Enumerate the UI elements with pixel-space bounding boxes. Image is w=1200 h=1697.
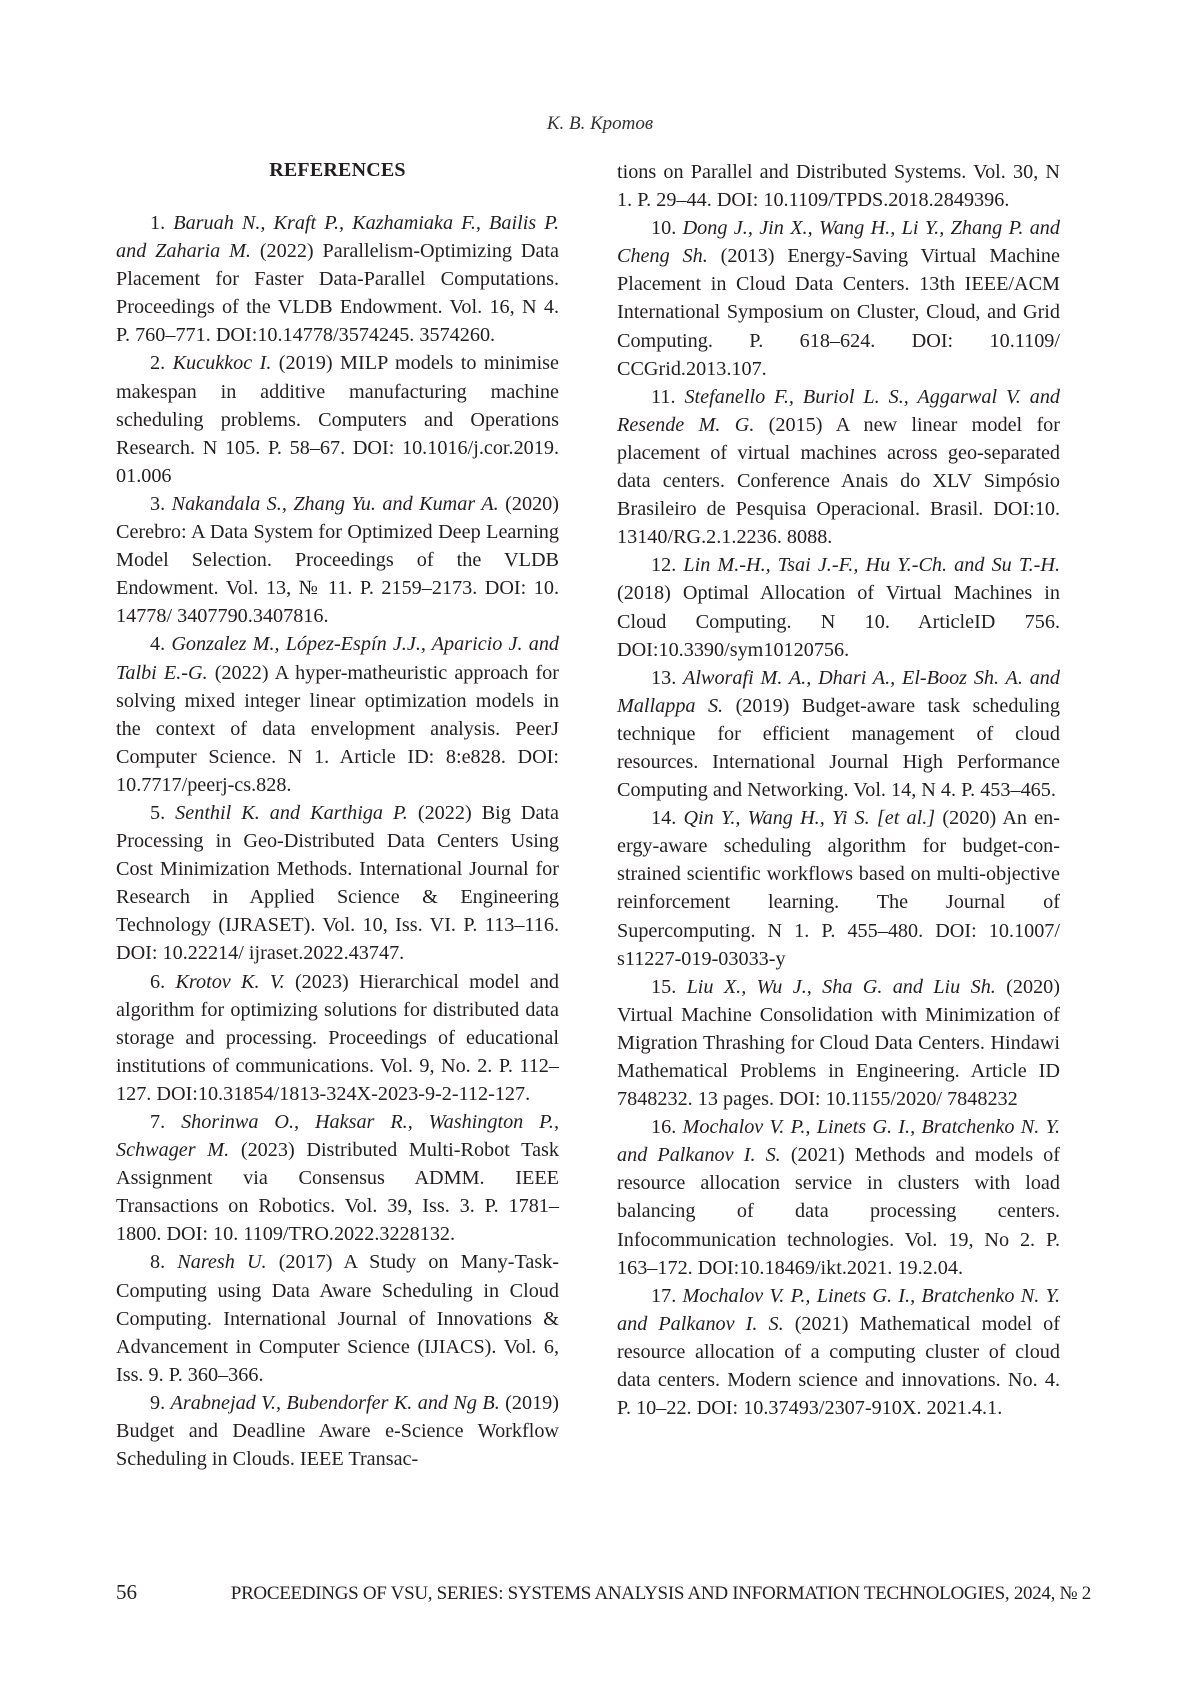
reference-item-2: 2. Kucukkoc I. (2019) MILP models to min… [116,349,559,489]
reference-item-10: 10. Dong J., Jin X., Wang H., Li Y., Zha… [617,214,1060,383]
reference-number: 1. [150,212,165,234]
reference-authors: Krotov K. V. [175,971,284,993]
reference-number: 4. [150,633,165,655]
reference-number: 10. [651,217,676,239]
reference-number: 14. [651,807,676,829]
reference-number: 12. [651,554,676,576]
page-footer: 56 PROCEEDINGS OF VSU, SERIES: SYSTEMS A… [116,1580,1091,1605]
reference-number: 9. [150,1392,165,1414]
reference-body: (2020) An en­ergy-aware scheduling algor… [617,807,1060,969]
reference-authors: Arabnejad V., Bubendorfer K. and Ng B. [171,1392,500,1414]
reference-body: (2022) Big Data Processing in Geo-Distri… [116,802,559,964]
reference-authors: Lin M.-H., Tsai J.-F., Hu Y.-Ch. and Su … [683,554,1060,576]
reference-item-8: 8. Naresh U. (2017) A Study on Many-Task… [116,1248,559,1388]
reference-number: 16. [651,1116,676,1138]
reference-number: 11. [651,386,676,408]
reference-item-9: 9. Arabnejad V., Bubendorfer K. and Ng B… [116,1389,559,1473]
reference-item-4: 4. Gonzalez M., López-Espín J.J., Aparic… [116,630,559,799]
reference-number: 17. [651,1285,676,1307]
reference-authors: Qin Y., Wang H., Yi S. [et al.] [683,807,935,829]
reference-authors: Naresh U. [177,1251,266,1273]
reference-item-16: 16. Mochalov V. P., Linets G. I., Bratch… [617,1113,1060,1282]
running-head-author: К. В. Кротов [0,113,1200,135]
reference-item-12: 12. Lin M.-H., Tsai J.-F., Hu Y.-Ch. and… [617,551,1060,663]
reference-authors: Senthil K. and Karthiga P. [175,802,408,824]
references-heading: REFERENCES [116,156,559,184]
reference-item-13: 13. Alworafi M. A., Dhari A., El-Booz Sh… [617,664,1060,804]
reference-item-6: 6. Krotov K. V. (2023) Hierarchical mode… [116,968,559,1108]
reference-number: 5. [150,802,165,824]
reference-item-15: 15. Liu X., Wu J., Sha G. and Liu Sh. (2… [617,973,1060,1113]
reference-number: 7. [150,1111,165,1133]
reference-number: 2. [150,352,165,374]
reference-item-17: 17. Mochalov V. P., Linets G. I., Bratch… [617,1282,1060,1422]
right-column: tions on Parallel and Distributed System… [617,158,1060,1422]
reference-item-11: 11. Stefanello F., Buriol L. S., Aggarwa… [617,383,1060,552]
reference-item-14: 14. Qin Y., Wang H., Yi S. [et al.] (202… [617,804,1060,973]
reference-item-1: 1. Baruah N., Kraft P., Kazhamiaka F., B… [116,209,559,349]
reference-number: 8. [150,1251,165,1273]
reference-number: 3. [150,493,165,515]
page-number: 56 [116,1580,176,1605]
reference-item-9-continuation: tions on Parallel and Distributed System… [617,158,1060,214]
reference-item-3: 3. Nakandala S., Zhang Yu. and Kumar A. … [116,490,559,630]
journal-title: PROCEEDINGS OF VSU, SERIES: SYSTEMS ANAL… [176,1583,1091,1605]
reference-number: 13. [651,667,676,689]
reference-authors: Kucukkoc I. [173,352,272,374]
reference-body: (2018) Optimal Allocation of Virtual Mac… [617,582,1060,660]
reference-authors: Nakandala S., Zhang Yu. and Kumar A. [172,493,499,515]
reference-authors: Liu X., Wu J., Sha G. and Liu Sh. [687,976,996,998]
left-column: REFERENCES 1. Baruah N., Kraft P., Kazha… [116,156,559,1473]
reference-number: 15. [651,976,676,998]
reference-item-7: 7. Shorinwa O., Haksar R., Washington P.… [116,1108,559,1248]
reference-number: 6. [150,971,165,993]
reference-item-5: 5. Senthil K. and Karthiga P. (2022) Big… [116,799,559,968]
